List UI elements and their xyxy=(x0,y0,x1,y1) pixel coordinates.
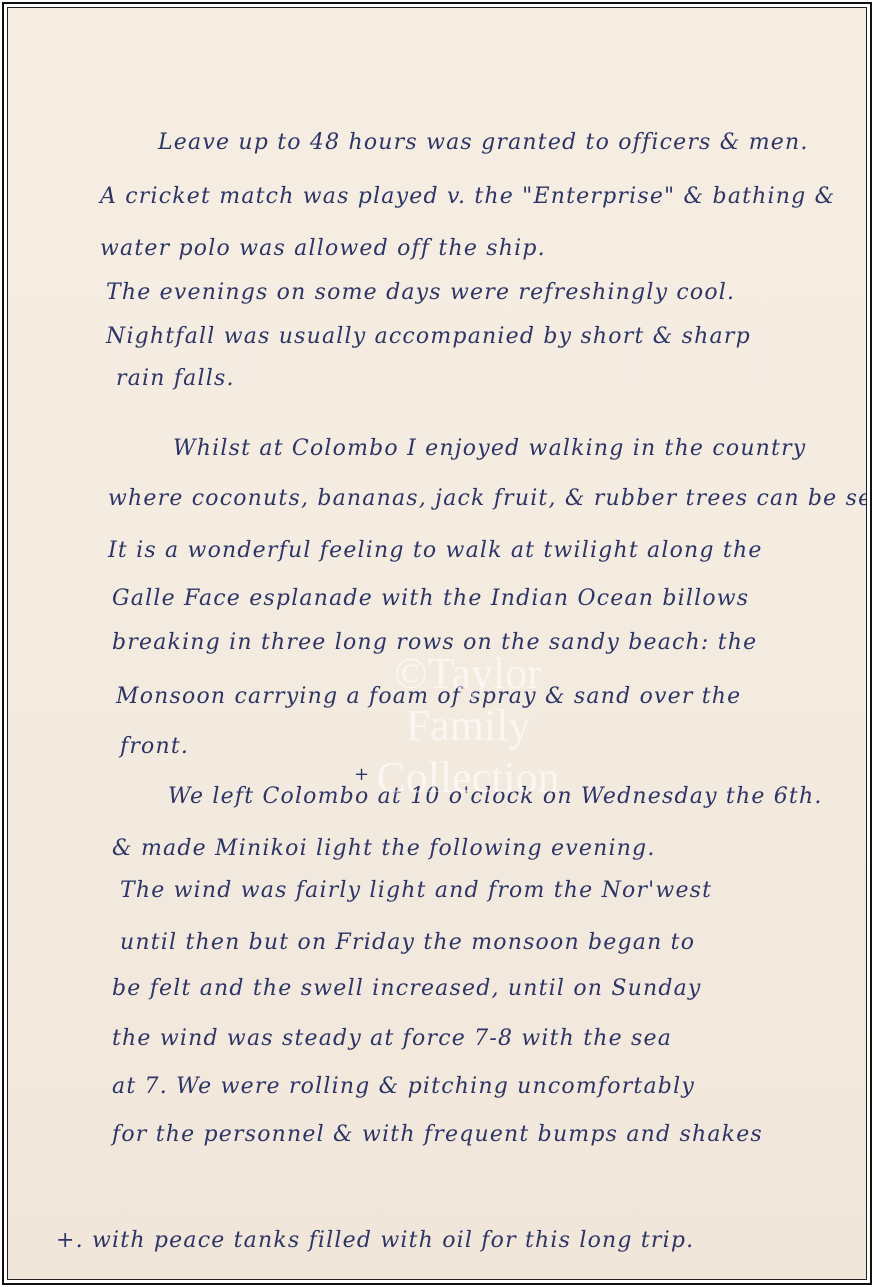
text-line: be felt and the swell increased, until o… xyxy=(112,976,702,1001)
text-line: breaking in three long rows on the sandy… xyxy=(112,630,757,655)
page-frame: Leave up to 48 hours was granted to offi… xyxy=(2,2,872,1285)
footnote: +. with peace tanks filled with oil for … xyxy=(56,1228,694,1253)
text-line: Monsoon carrying a foam of spray & sand … xyxy=(116,684,741,709)
text-line: rain falls. xyxy=(116,366,235,391)
text-line: at 7. We were rolling & pitching uncomfo… xyxy=(112,1074,695,1099)
text-line: It is a wonderful feeling to walk at twi… xyxy=(108,538,763,563)
text-line: the wind was steady at force 7-8 with th… xyxy=(112,1026,672,1051)
text-line: The wind was fairly light and from the N… xyxy=(120,878,712,903)
text-line: Whilst at Colombo I enjoyed walking in t… xyxy=(173,436,806,461)
text-line: Galle Face esplanade with the Indian Oce… xyxy=(112,586,749,611)
text-line: Leave up to 48 hours was granted to offi… xyxy=(158,130,809,155)
copyright-watermark: ©Taylor Family Collection xyxy=(298,648,638,804)
paper-sheet: Leave up to 48 hours was granted to offi… xyxy=(7,7,867,1280)
text-line: front. xyxy=(120,734,189,759)
text-line: where coconuts, bananas, jack fruit, & r… xyxy=(108,486,867,511)
text-line: for the personnel & with frequent bumps … xyxy=(112,1122,763,1147)
text-line: water polo was allowed off the ship. xyxy=(100,236,546,261)
text-line: The evenings on some days were refreshin… xyxy=(106,280,735,305)
text-line: We left Colombo at 10 o'clock on Wednesd… xyxy=(168,784,823,809)
text-line: A cricket match was played v. the "Enter… xyxy=(100,184,835,209)
text-line: Nightfall was usually accompanied by sho… xyxy=(106,324,751,349)
text-line: until then but on Friday the monsoon beg… xyxy=(120,930,695,955)
journal-page: Leave up to 48 hours was granted to offi… xyxy=(8,8,866,1279)
text-line: & made Minikoi light the following eveni… xyxy=(112,836,656,861)
insertion-mark: + xyxy=(354,764,369,785)
